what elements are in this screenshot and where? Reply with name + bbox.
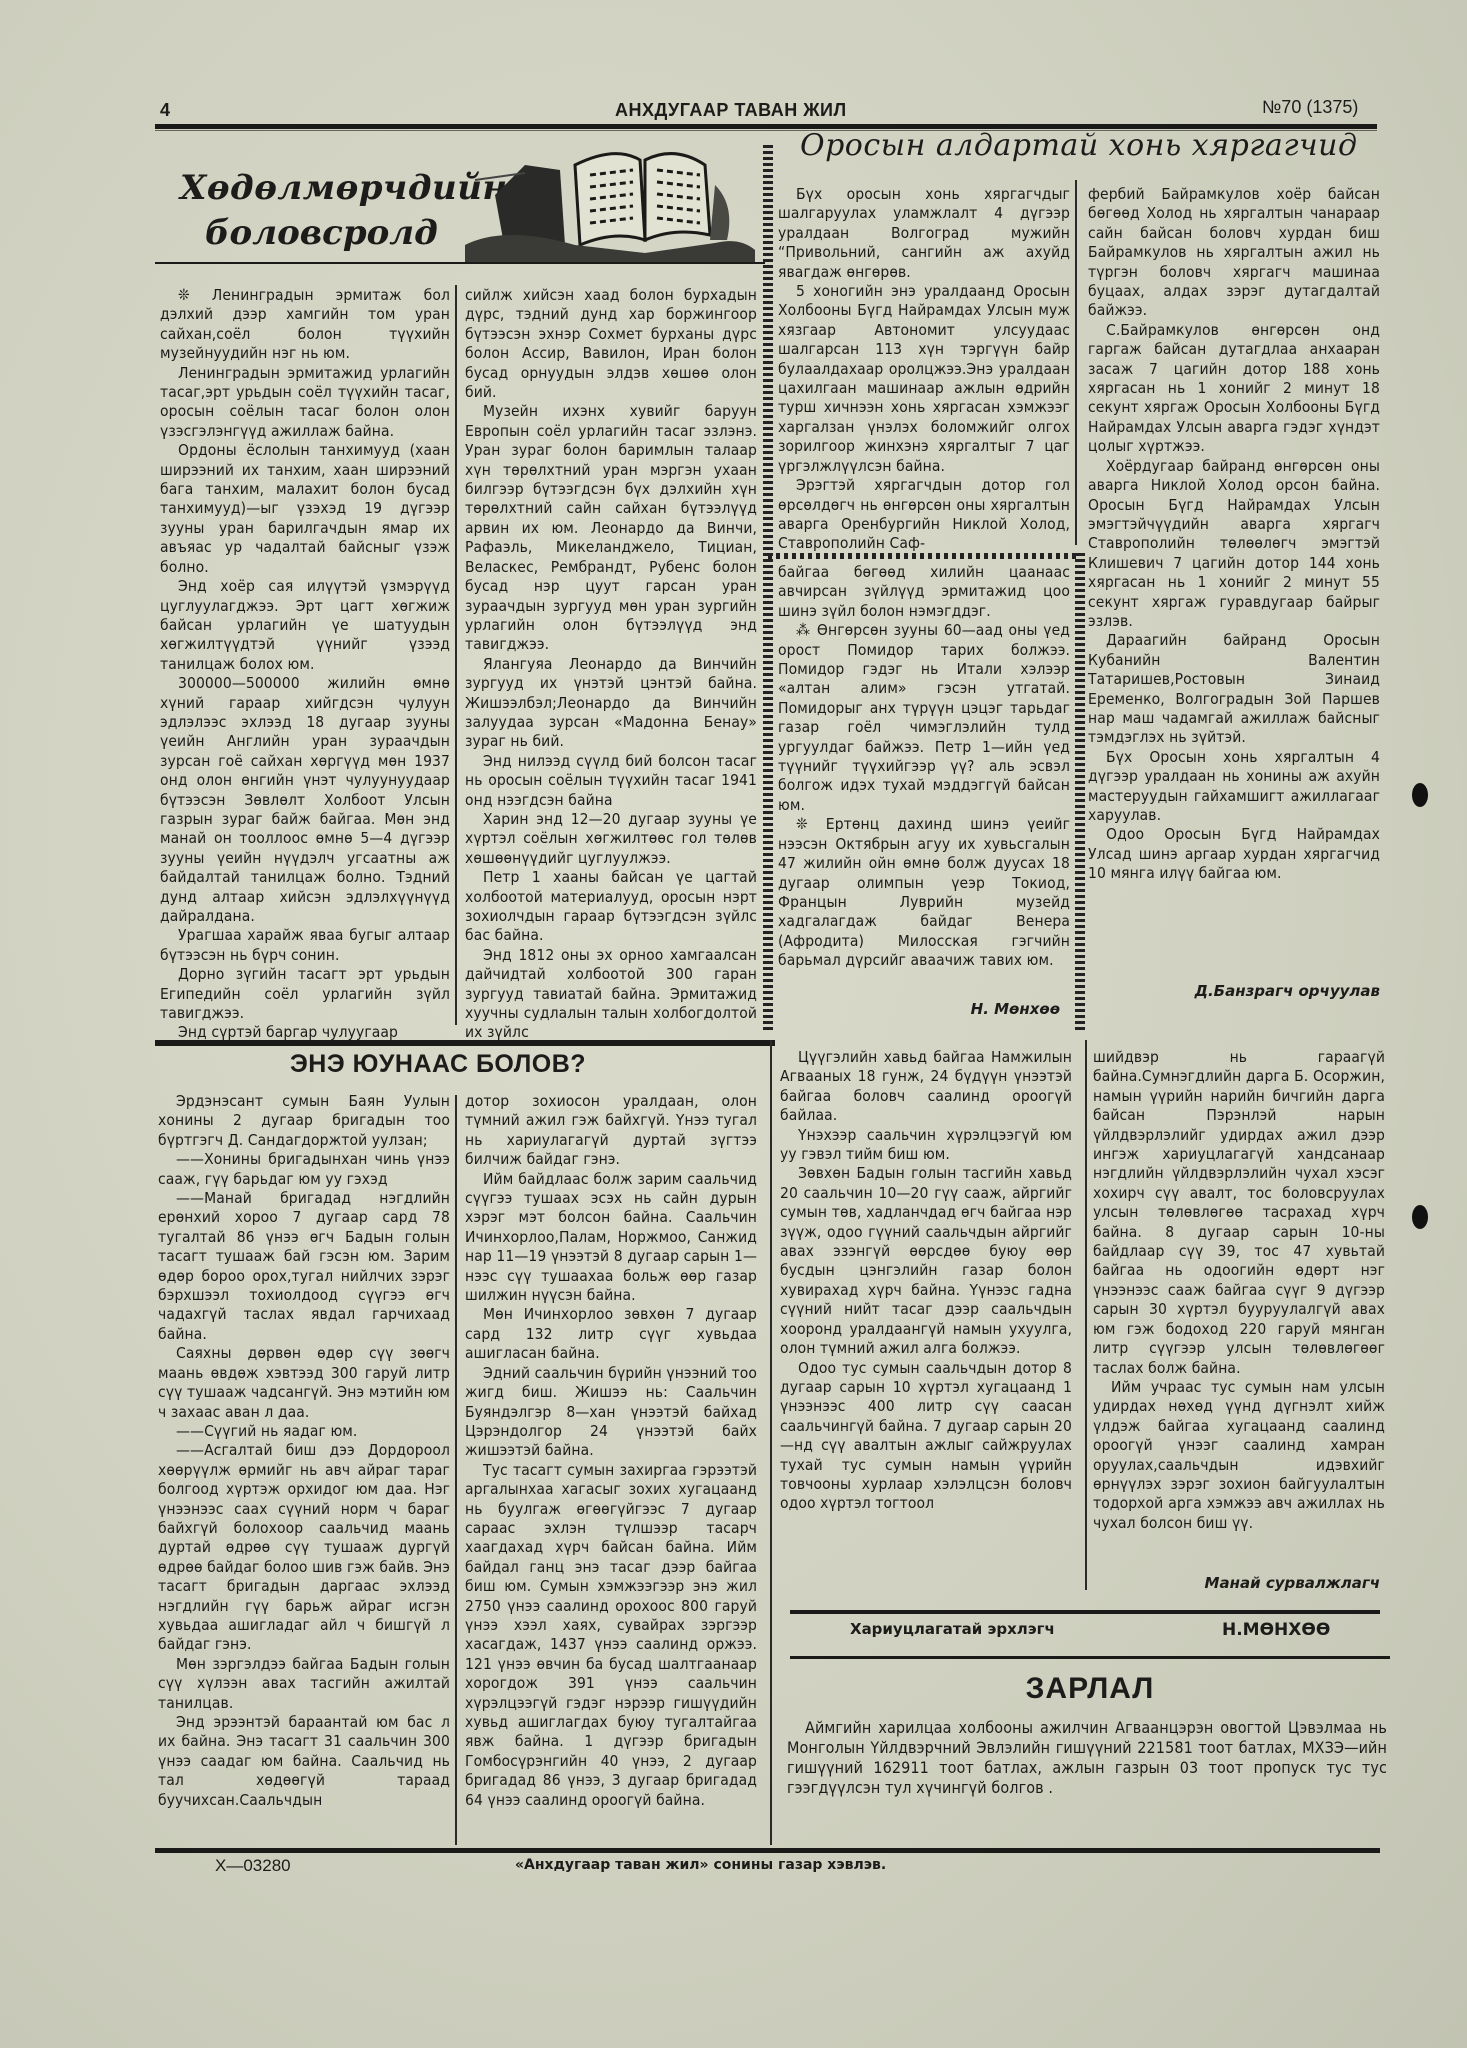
paragraph: Ордоны ёслолын танхимууд (хаан ширээний … xyxy=(160,441,450,577)
paragraph: Саяхны дөрвөн өдөр сүү зөөгч маань өвдөж… xyxy=(158,1344,450,1422)
paragraph: Зөвхөн Бадын голын тасгийн хавьд 20 саал… xyxy=(780,1164,1072,1358)
paragraph: Эрэгтэй хяргагчдын дотор гол өрсөлдөгч н… xyxy=(778,476,1070,554)
paragraph: сийлж хийсэн хаад болон бурхадын дүрс, т… xyxy=(465,286,757,402)
paragraph: ——Хонины бригадынхан чинь үнээ сааж, гүү… xyxy=(158,1150,450,1189)
article3-top-rule xyxy=(155,1040,775,1046)
paragraph: Ялангуяа Леонардо да Винчийн зургууд их … xyxy=(465,655,757,752)
newspaper-page: 4 АНХДУГААР ТАВАН ЖИЛ №70 (1375) Хөдөлмө… xyxy=(0,0,1467,2048)
article1-signature: Н. Мөнхөө xyxy=(900,1000,1060,1018)
paragraph: Энд 1812 оны эх орноо хамгаалсан дайчидт… xyxy=(465,946,757,1043)
article3-column-4: шийдвэр нь гараагүй байна.Сумнэгдлийн да… xyxy=(1093,1048,1385,1533)
issue-number: №70 (1375) xyxy=(1262,97,1358,118)
paragraph: Эрдэнэсант сумын Баян Уулын хонины 2 дуг… xyxy=(158,1092,450,1150)
paragraph: Энд хоёр сая илүүтэй үзмэрүүд цуглуулагд… xyxy=(160,577,450,674)
paragraph: фербий Байрамкулов хоёр байсан бөгөөд Хо… xyxy=(1088,185,1380,321)
paragraph: Урагшаа харайж яваа бугыг алтаар бүтээсэ… xyxy=(160,926,450,965)
paragraph: Одоо тус сумын саальчдын дотор 8 дугаар … xyxy=(780,1359,1072,1514)
paragraph: 5 хоногийн энэ уралдаанд Оросын Холбооны… xyxy=(778,282,1070,476)
article1-column-3: байгаа бөгөөд хилийн цаанаас авчирсан зү… xyxy=(778,563,1070,971)
article2-column-2: фербий Байрамкулов хоёр байсан бөгөөд Хо… xyxy=(1088,185,1380,884)
article2-title: Оросын алдартай хонь хяргагчид xyxy=(800,128,1357,163)
punch-hole xyxy=(1412,783,1428,807)
newspaper-title: АНХДУГААР ТАВАН ЖИЛ xyxy=(615,100,847,121)
paragraph: Бүх оросын хонь хяргагчдыг шалгаруулах у… xyxy=(778,185,1070,282)
article2-signature: Д.Банзрагч орчуулав xyxy=(1180,982,1380,1000)
paragraph: Харин энд 12—20 дугаар зууны үе хүртэл с… xyxy=(465,810,757,868)
article3-column-2: дотор зохиосон уралдаан, олон түмний ажи… xyxy=(465,1092,757,1810)
paragraph: Хоёрдугаар байранд өнгөрсөн оны аварга Н… xyxy=(1088,457,1380,632)
paragraph: Петр 1 хааны байсан үе цагтай холбоотой … xyxy=(465,868,757,946)
paragraph: Дорно зүгийн тасагт эрт урьдын Египедийн… xyxy=(160,965,450,1023)
paragraph: Музейн ихэнх хувийг баруун Европын соёл … xyxy=(465,402,757,654)
paragraph: Үнэхээр саальчин хүрэлцээгүй юм уу гэвэл… xyxy=(780,1126,1072,1165)
footer-rule xyxy=(155,1848,1380,1853)
column-divider xyxy=(455,1095,457,1845)
article2-column-1: Бүх оросын хонь хяргагчдыг шалгаруулах у… xyxy=(778,185,1070,554)
paragraph: ⁂ Өнгөрсөн зууны 60—аад оны үед орост По… xyxy=(778,621,1070,815)
paragraph: Цүүгэлийн хавьд байгаа Намжилын Агвааных… xyxy=(780,1048,1072,1126)
paragraph: Бүх Оросын хонь хяргалтын 4 дүгээр уралд… xyxy=(1088,748,1380,826)
article1-title-line2: боловсролд xyxy=(205,213,438,253)
open-book-icon xyxy=(465,145,755,265)
paragraph: Мөн зэргэлдээ байгаа Бадын голын сүү хүл… xyxy=(158,1655,450,1713)
editor-name: Н.МӨНХӨӨ xyxy=(1222,1620,1330,1640)
paragraph: ——Манай бригадад нэгдлийн ерөнхий хороо … xyxy=(158,1189,450,1344)
paragraph: Эдний саальчин бүрийн үнээний тоо жигд б… xyxy=(465,1364,757,1461)
footer-code: X—03280 xyxy=(215,1856,291,1876)
column-divider xyxy=(770,1040,772,1845)
article1-column-2: сийлж хийсэн хаад болон бурхадын дүрс, т… xyxy=(465,286,757,1043)
paragraph: Аймгийн харилцаа холбооны ажилчин Агваан… xyxy=(787,1718,1387,1798)
notice-body: Аймгийн харилцаа холбооны ажилчин Агваан… xyxy=(787,1718,1387,1798)
paragraph: ——Асгалтай биш дээ Дордороол хөөрүүлж өр… xyxy=(158,1441,450,1654)
article3-title: ЭНЭ ЮУНААС БОЛОВ? xyxy=(290,1050,586,1079)
article1-column-1: ❊ Ленинградын эрмитаж бол дэлхий дээр ха… xyxy=(160,286,450,1043)
paragraph: Одоо Оросын Бүгд Найрамдах Улсад шинэ ар… xyxy=(1088,825,1380,883)
article3-column-1: Эрдэнэсант сумын Баян Уулын хонины 2 дуг… xyxy=(158,1092,450,1810)
column-divider xyxy=(1085,1040,1087,1590)
paragraph: Ийм учраас тус сумын нам улсын удирдах н… xyxy=(1093,1378,1385,1533)
wavy-border xyxy=(768,553,1080,559)
paragraph: ——Сүүгий нь яадаг юм. xyxy=(158,1422,450,1441)
notice-top-rule xyxy=(790,1656,1390,1659)
paragraph: байгаа бөгөөд хилийн цаанаас авчирсан зү… xyxy=(778,563,1070,621)
paragraph: шийдвэр нь гараагүй байна.Сумнэгдлийн да… xyxy=(1093,1048,1385,1378)
punch-hole xyxy=(1412,1205,1428,1229)
editor-label: Хариуцлагатай эрхлэгч xyxy=(850,1620,1055,1638)
wavy-border xyxy=(763,145,773,1030)
paragraph: Энд эрээнтэй бараантай юм бас л их байна… xyxy=(158,1713,450,1810)
paragraph: дотор зохиосон уралдаан, олон түмний ажи… xyxy=(465,1092,757,1170)
notice-title: ЗАРЛАЛ xyxy=(780,1672,1400,1706)
editor-rule xyxy=(790,1610,1380,1614)
paragraph: 300000—500000 жилийн өмнө хүний гараар х… xyxy=(160,674,450,926)
page-number: 4 xyxy=(160,100,171,121)
paragraph: Ленинградын эрмитажид урлагийн тасаг,эрт… xyxy=(160,364,450,442)
paragraph: Дараагийн байранд Оросын Кубанийн Валент… xyxy=(1088,631,1380,747)
column-divider xyxy=(455,285,457,1025)
article1-title-rule xyxy=(155,262,765,264)
column-divider xyxy=(1075,180,1077,545)
article1-title-line1: Хөдөлмөрчдийн xyxy=(180,168,508,208)
paragraph: Тус тасагт сумын захиргаа гэрээтэй аргал… xyxy=(465,1461,757,1810)
paragraph: Энд нилээд сүүлд бий болсон тасаг нь оро… xyxy=(465,752,757,810)
footer-printer: «Анхдугаар таван жил» сонины газар хэвлэ… xyxy=(515,1857,886,1873)
paragraph: ❊ Ертөнц дахинд шинэ үеийг нээсэн Октябр… xyxy=(778,815,1070,970)
paragraph: Ийм байдлаас болж зарим саальчид сүүгээ … xyxy=(465,1170,757,1306)
article3-signature: Манай сурвалжлагч xyxy=(1160,1574,1380,1592)
article3-column-3: Цүүгэлийн хавьд байгаа Намжилын Агвааных… xyxy=(780,1048,1072,1514)
paragraph: С.Байрамкулов өнгөрсөн онд гаргаж байсан… xyxy=(1088,321,1380,457)
paragraph: Мөн Ичинхорлоо зөвхөн 7 дугаар сард 132 … xyxy=(465,1305,757,1363)
paragraph: ❊ Ленинградын эрмитаж бол дэлхий дээр ха… xyxy=(160,286,450,364)
wavy-border xyxy=(1075,553,1085,1033)
